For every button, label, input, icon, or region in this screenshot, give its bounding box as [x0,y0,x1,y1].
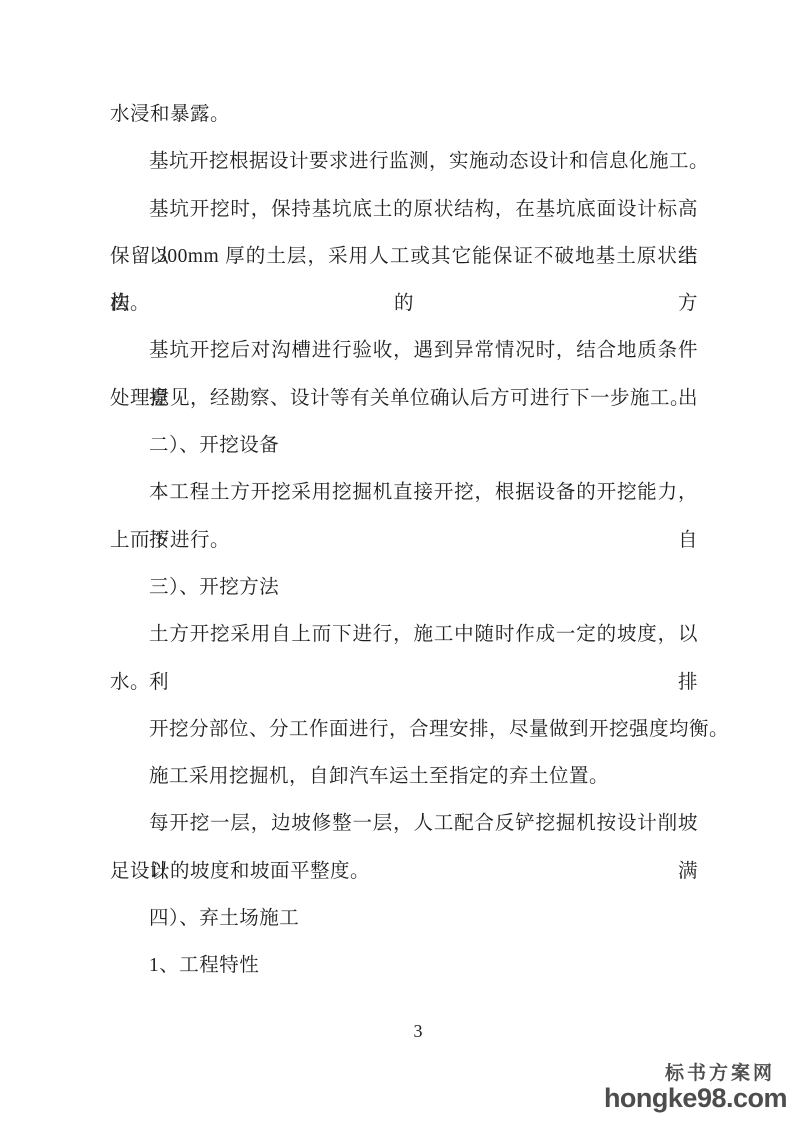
text-line: 保留 300mm 厚的土层，采用人工或其它能保证不破地基土原状结构的方 [110,233,698,280]
watermark-site-name: 标书方案网 [604,1064,787,1083]
text-line: 处理意见，经勘察、设计等有关单位确认后方可进行下一步施工。 [110,375,698,422]
text-line: 四）、弃土场施工 [110,895,698,942]
text-line: 本工程土方开挖采用挖掘机直接开挖，根据设备的开挖能力，按自 [110,469,698,516]
document-page: 水浸和暴露。基坑开挖根据设计要求进行监测，实施动态设计和信息化施工。基坑开挖时，… [0,0,793,1122]
text-line: 土方开挖采用自上而下进行，施工中随时作成一定的坡度，以利排 [110,611,698,658]
text-line: 二）、开挖设备 [110,422,698,469]
watermark-site-url: hongke98.com [604,1085,787,1112]
text-line: 1、工程特性 [110,942,698,989]
text-line: 基坑开挖时，保持基坑底土的原状结构，在基坑底面设计标高以上 [110,186,698,233]
watermark: 标书方案网 hongke98.com [604,1064,787,1112]
page-number: 3 [414,1020,423,1042]
text-line: 开挖分部位、分工作面进行，合理安排，尽量做到开挖强度均衡。 [110,706,698,753]
text-line: 三）、开挖方法 [110,564,698,611]
document-body: 水浸和暴露。基坑开挖根据设计要求进行监测，实施动态设计和信息化施工。基坑开挖时，… [110,91,698,990]
text-line: 施工采用挖掘机，自卸汽车运土至指定的弃土位置。 [110,753,698,800]
text-line: 水浸和暴露。 [110,91,698,138]
text-line: 基坑开挖后对沟槽进行验收，遇到异常情况时，结合地质条件提出 [110,327,698,374]
text-line: 基坑开挖根据设计要求进行监测，实施动态设计和信息化施工。 [110,138,698,185]
text-line: 每开挖一层，边坡修整一层，人工配合反铲挖掘机按设计削坡以满 [110,800,698,847]
